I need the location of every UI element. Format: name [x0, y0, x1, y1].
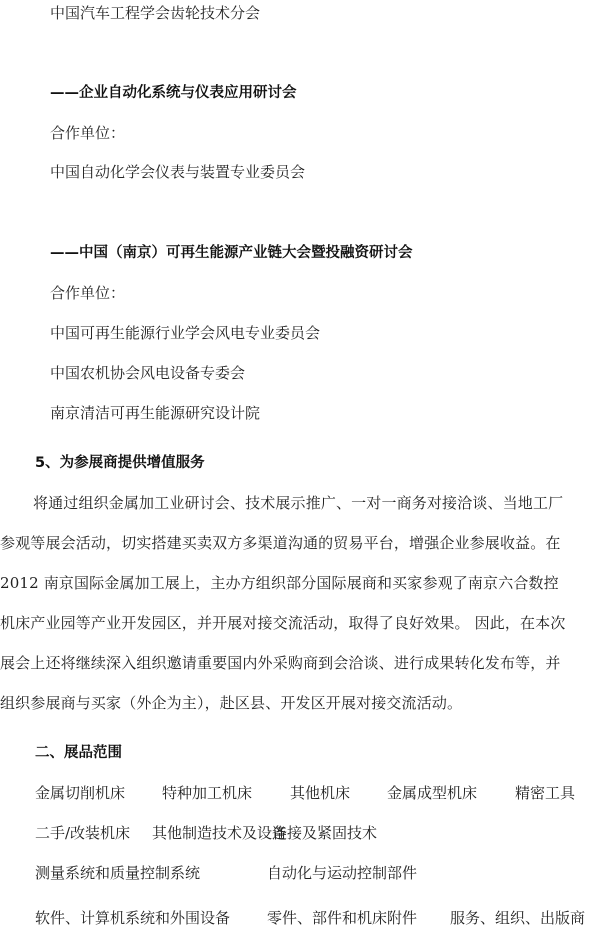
partner-org: 中国自动化学会仪表与装置专业委员会	[50, 163, 305, 181]
partners-label: 合作单位：	[50, 124, 125, 142]
exhibit-scope-heading: 二、展品范围	[35, 744, 122, 762]
section-5-heading: 5、为参展商提供增值服务	[35, 454, 205, 472]
paragraph-line: 2012 南京国际金属加工展上，主办方组织部分国际展商和买家参观了南京六合数控	[0, 574, 559, 592]
exhibit-item: 自动化与运动控制部件	[267, 864, 417, 882]
exhibit-item: 测量系统和质量控制系统	[35, 864, 200, 882]
paragraph-line: 展会上还将继续深入组织邀请重要国内外采购商到会洽谈、进行成果转化发布等，并	[0, 654, 561, 672]
exhibit-item: 服务、组织、出版商	[450, 909, 585, 927]
partner-org: 中国可再生能源行业学会风电专业委员会	[50, 324, 320, 342]
partner-org: 中国农机协会风电设备专委会	[50, 364, 245, 382]
exhibit-item: 其他制造技术及设备	[152, 824, 287, 842]
seminar-automation-title: ——企业自动化系统与仪表应用研讨会	[50, 84, 297, 102]
exhibit-item: 特种加工机床	[162, 784, 252, 802]
paragraph-line: 参观等展会活动，切实搭建买卖双方多渠道沟通的贸易平台，增强企业参展收益。在	[0, 534, 561, 552]
exhibit-item: 零件、部件和机床附件	[267, 909, 417, 927]
exhibit-item: 金属成型机床	[387, 784, 477, 802]
exhibit-item: 二手/改装机床	[35, 824, 130, 842]
exhibit-item: 金属切削机床	[35, 784, 125, 802]
org-gear-branch: 中国汽车工程学会齿轮技术分会	[50, 4, 260, 22]
partners-label: 合作单位：	[50, 284, 125, 302]
partner-org: 南京清洁可再生能源研究设计院	[50, 404, 260, 422]
exhibit-item: 精密工具	[515, 784, 575, 802]
exhibit-item: 其他机床	[290, 784, 350, 802]
paragraph-line: 将通过组织金属加工业研讨会、技术展示推广、一对一商务对接洽谈、当地工厂	[33, 494, 563, 512]
exhibit-item: 连接及紧固技术	[272, 824, 377, 842]
exhibit-item: 软件、计算机系统和外围设备	[35, 909, 230, 927]
paragraph-line: 机床产业园等产业开发园区，并开展对接交流活动，取得了良好效果。 因此，在本次	[0, 614, 565, 632]
paragraph-line: 组织参展商与买家（外企为主），赴区县、开发区开展对接交流活动。	[0, 694, 462, 712]
seminar-renewable-title: ——中国（南京）可再生能源产业链大会暨投融资研讨会	[50, 244, 413, 262]
